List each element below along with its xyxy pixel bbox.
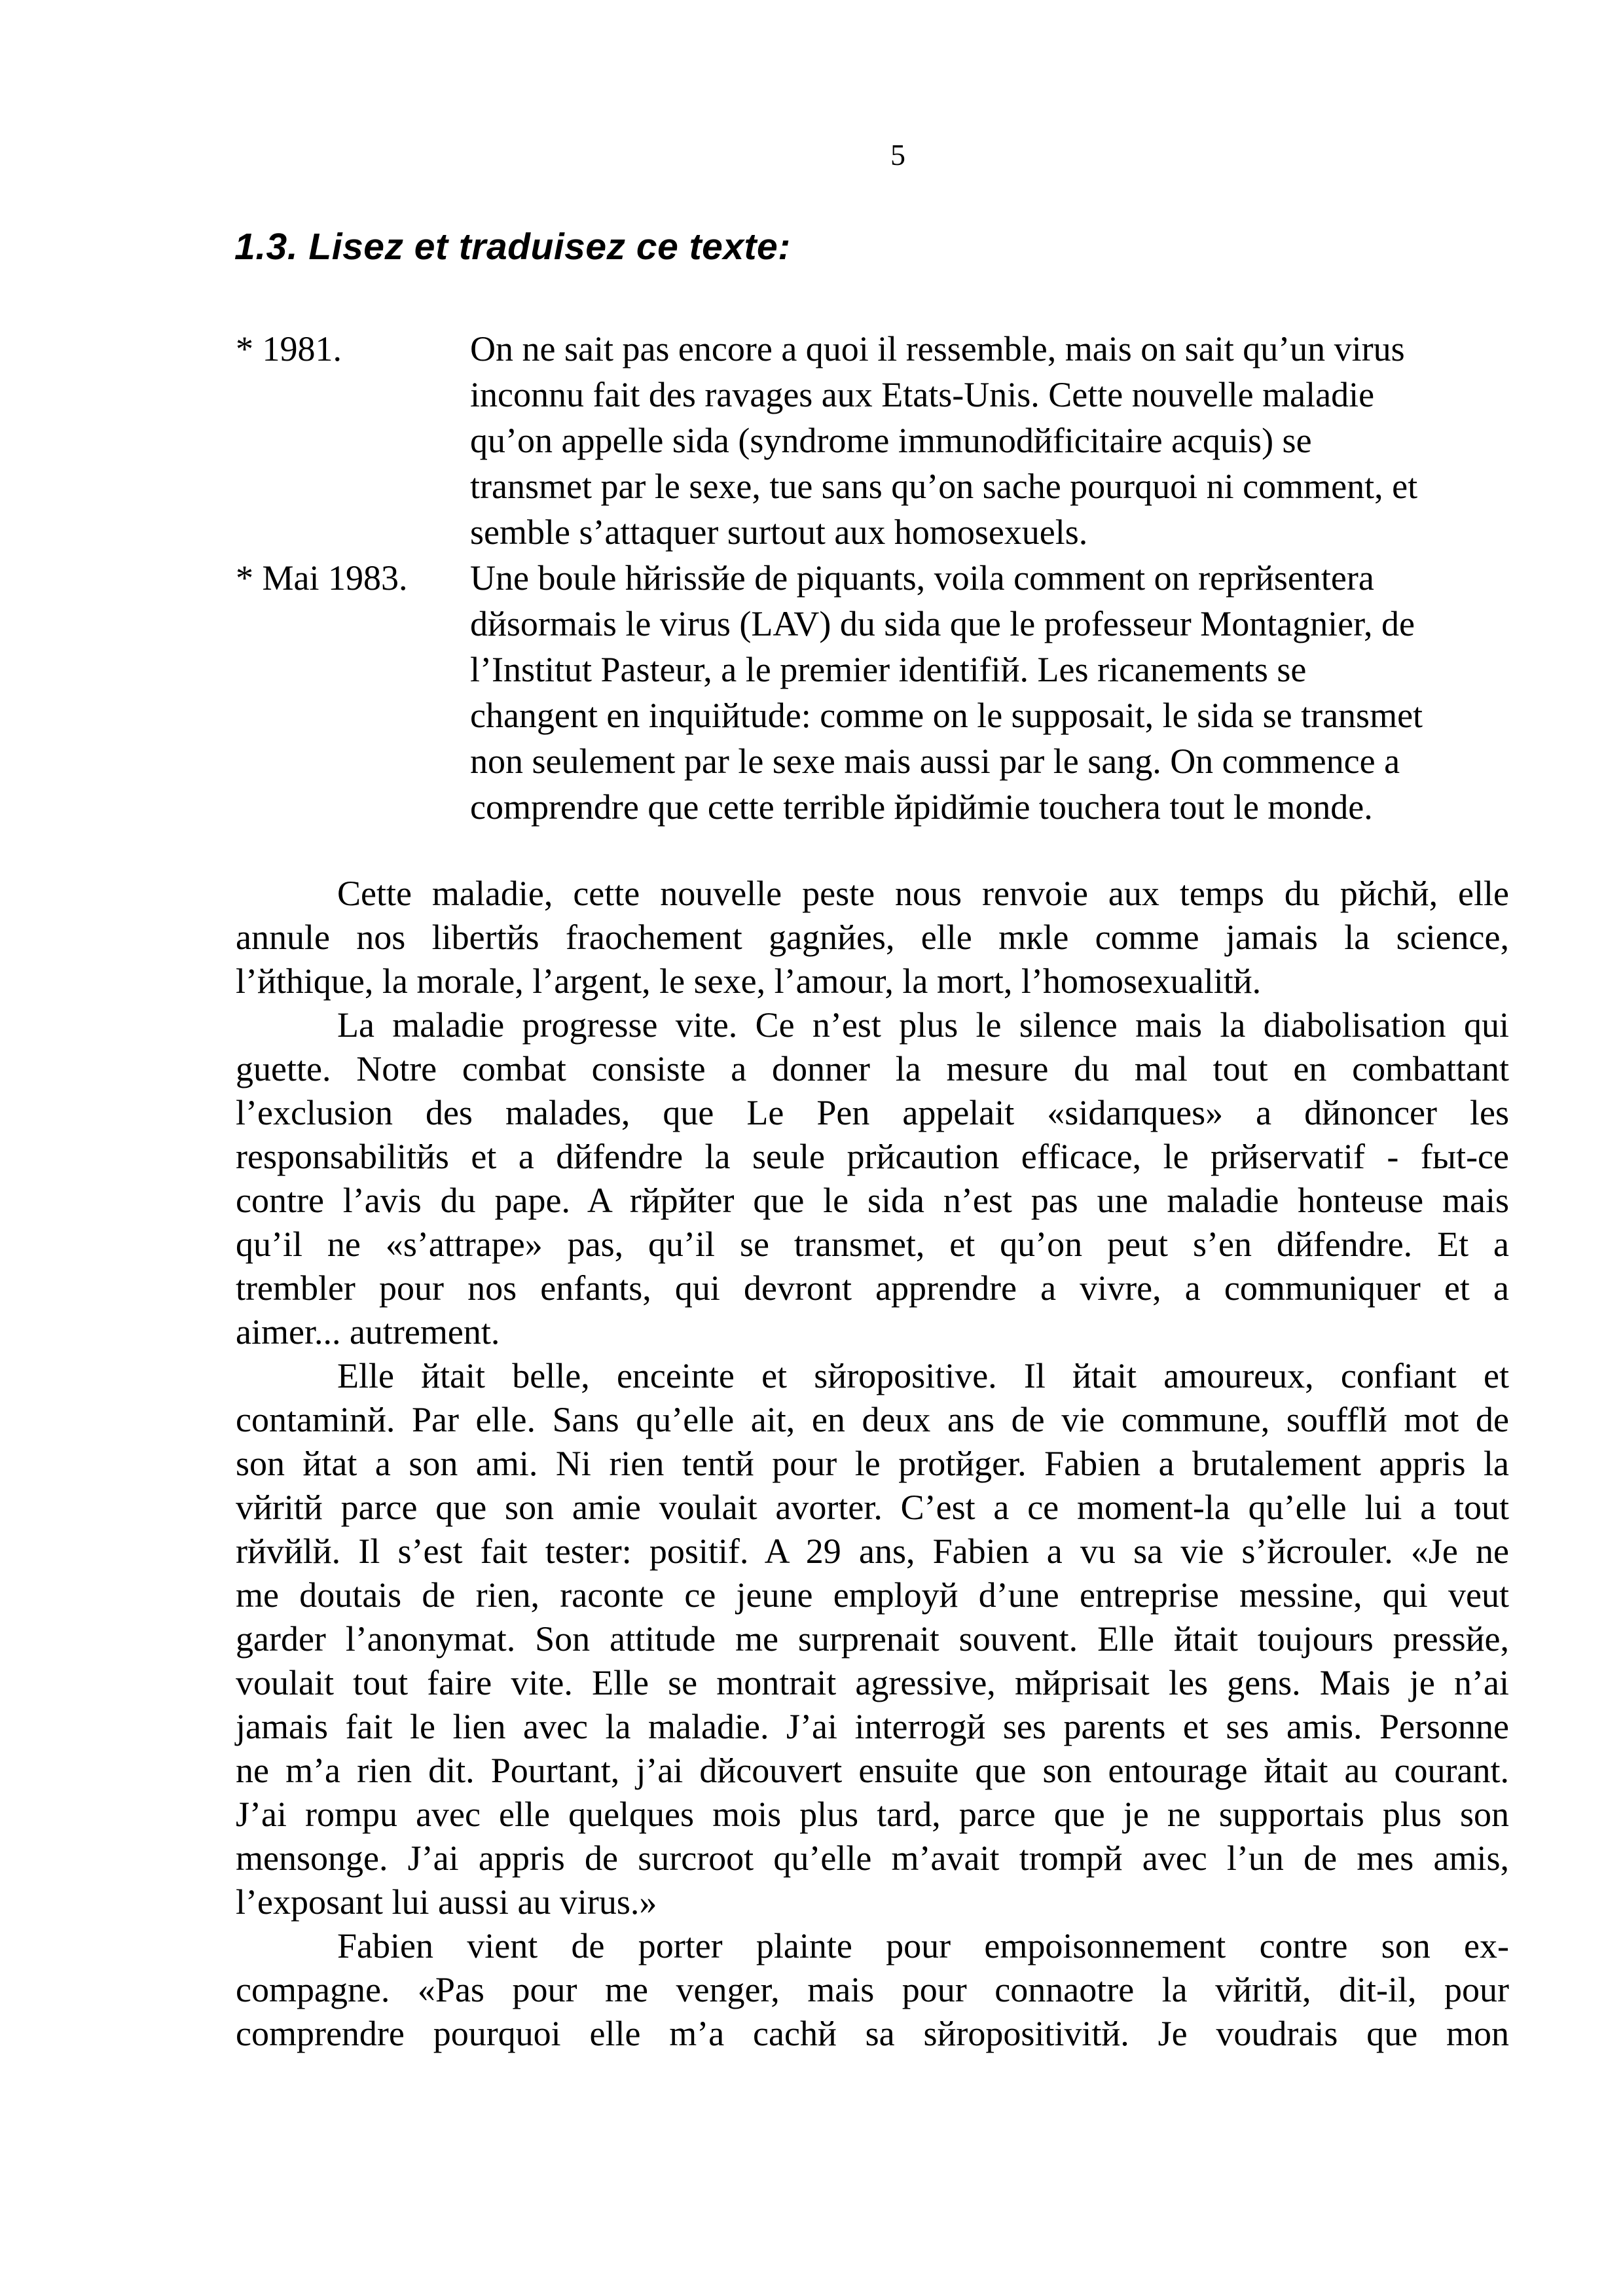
text-line: garder l’anonymat. Son attitude me surpr… xyxy=(236,1617,1509,1661)
text-line: Elle йtait belle, enceinte et sйropositi… xyxy=(236,1354,1509,1398)
text-line: semble s’attaquer surtout aux homosexuel… xyxy=(470,509,1509,555)
text-line: Une boule hйrissйe de piquants, voila co… xyxy=(470,555,1509,601)
text-line: comprendre pourquoi elle m’a cachй sa sй… xyxy=(236,2012,1509,2056)
text-line: jamais fait le lien avec la maladie. J’a… xyxy=(236,1705,1509,1749)
text-line: son йtat a son ami. Ni rien tentй pour l… xyxy=(236,1442,1509,1486)
timeline-date: * Mai 1983. xyxy=(236,555,470,830)
text-line: contre l’avis du pape. A rйpйter que le … xyxy=(236,1179,1509,1223)
text-line: Cette maladie, cette nouvelle peste nous… xyxy=(236,872,1509,916)
text-line: l’exclusion des malades, que Le Pen appe… xyxy=(236,1091,1509,1135)
paragraph: La maladie progresse vite. Ce n’est plus… xyxy=(236,1003,1509,1354)
text-line: changent en inquiйtude: comme on le supp… xyxy=(470,692,1509,738)
text-line: qu’on appelle sida (syndrome immunodйfic… xyxy=(470,418,1509,463)
body-paragraphs: Cette maladie, cette nouvelle peste nous… xyxy=(236,872,1509,2056)
text-line: mensonge. J’ai appris de surcroot qu’ell… xyxy=(236,1837,1509,1880)
section-heading: 1.3. Lisez et traduisez ce texte: xyxy=(234,226,791,268)
text-line: compagne. «Pas pour me venger, mais pour… xyxy=(236,1968,1509,2012)
text-line: ne m’a rien dit. Pourtant, j’ai dйcouver… xyxy=(236,1749,1509,1793)
paragraph: Elle йtait belle, enceinte et sйropositi… xyxy=(236,1354,1509,1924)
text-line: rйvйlй. Il s’est fait tester: positif. A… xyxy=(236,1530,1509,1573)
text-line: aimer... autrement. xyxy=(236,1310,1509,1354)
text-line: inconnu fait des ravages aux Etats-Unis.… xyxy=(470,372,1509,418)
timeline-entry: * 1981.On ne sait pas encore a quoi il r… xyxy=(236,326,1509,555)
text-line: contaminй. Par elle. Sans qu’elle ait, e… xyxy=(236,1398,1509,1442)
timeline-entries: * 1981.On ne sait pas encore a quoi il r… xyxy=(236,326,1509,830)
paragraph: Cette maladie, cette nouvelle peste nous… xyxy=(236,872,1509,1003)
text-line: trembler pour nos enfants, qui devront a… xyxy=(236,1266,1509,1310)
timeline-text: On ne sait pas encore a quoi il ressembl… xyxy=(470,326,1509,555)
text-line: Fabien vient de porter plainte pour empo… xyxy=(236,1924,1509,1968)
text-line: transmet par le sexe, tue sans qu’on sac… xyxy=(470,463,1509,509)
text-line: responsabilitйs et a dйfendre la seule p… xyxy=(236,1135,1509,1179)
paragraph: Fabien vient de porter plainte pour empo… xyxy=(236,1924,1509,2056)
timeline-text: Une boule hйrissйe de piquants, voila co… xyxy=(470,555,1509,830)
timeline-entry: * Mai 1983.Une boule hйrissйe de piquant… xyxy=(236,555,1509,830)
text-line: On ne sait pas encore a quoi il ressembl… xyxy=(470,326,1509,372)
text-line: guette. Notre combat consiste a donner l… xyxy=(236,1047,1509,1091)
text-line: J’ai rompu avec elle quelques mois plus … xyxy=(236,1793,1509,1837)
text-line: qu’il ne «s’attrape» pas, qu’il se trans… xyxy=(236,1223,1509,1266)
page-number: 5 xyxy=(890,140,905,170)
text-line: annule nos libertйs fraochement gagnйes,… xyxy=(236,916,1509,960)
text-line: La maladie progresse vite. Ce n’est plus… xyxy=(236,1003,1509,1047)
text-line: l’Institut Pasteur, a le premier identif… xyxy=(470,647,1509,692)
text-line: non seulement par le sexe mais aussi par… xyxy=(470,738,1509,784)
text-line: dйsormais le virus (LAV) du sida que le … xyxy=(470,601,1509,647)
text-line: me doutais de rien, raconte ce jeune emp… xyxy=(236,1573,1509,1617)
text-line: vйritй parce que son amie voulait avorte… xyxy=(236,1486,1509,1530)
document-page: 5 1.3. Lisez et traduisez ce texte: * 19… xyxy=(0,0,1623,2296)
text-line: voulait tout faire vite. Elle se montrai… xyxy=(236,1661,1509,1705)
text-line: l’йthique, la morale, l’argent, le sexe,… xyxy=(236,960,1509,1003)
text-line: comprendre que cette terrible йpidйmie t… xyxy=(470,784,1509,830)
text-line: l’exposant lui aussi au virus.» xyxy=(236,1880,1509,1924)
timeline-date: * 1981. xyxy=(236,326,470,555)
